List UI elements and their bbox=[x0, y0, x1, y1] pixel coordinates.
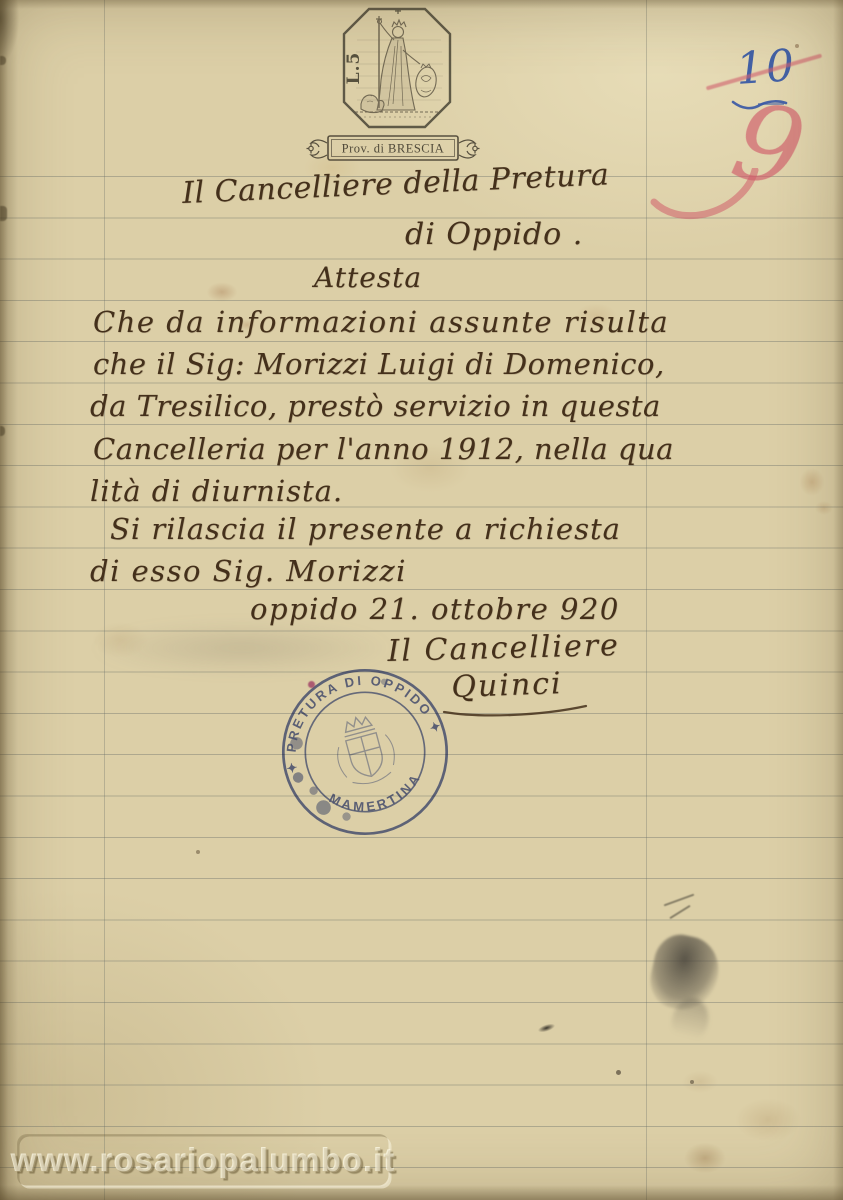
handwritten-line: Cancelleria per l'anno 1912, nella qua bbox=[93, 432, 674, 466]
scroll-ornament-left-icon bbox=[307, 140, 328, 158]
edge-notch bbox=[0, 56, 6, 65]
speck bbox=[196, 850, 200, 854]
province-banner: Prov. di BRESCIA bbox=[306, 131, 480, 167]
handwritten-line: Attesta bbox=[314, 261, 422, 294]
savoy-coat-of-arms-icon bbox=[328, 710, 400, 789]
margin-line-left bbox=[104, 0, 105, 1200]
red-number-tail bbox=[650, 168, 765, 226]
handwritten-line: Si rilascia il presente a richiesta bbox=[110, 512, 621, 546]
handwritten-line: Che da informazioni assunte risulta bbox=[93, 305, 669, 339]
scroll-ornament-right-icon bbox=[459, 140, 480, 158]
handwritten-date-line: oppido 21. ottobre 920 bbox=[250, 592, 620, 626]
revenue-stamp: L.5 bbox=[341, 6, 453, 130]
handwritten-line: che il Sig: Morizzi Luigi di Domenico, bbox=[93, 347, 665, 381]
speck bbox=[795, 44, 799, 48]
handwritten-line: lità di diurnista. bbox=[90, 474, 343, 508]
banner-text: Prov. di BRESCIA bbox=[342, 142, 445, 156]
page-corner-shadow bbox=[0, 0, 30, 80]
signature: Quinci bbox=[451, 666, 563, 705]
signature-underline bbox=[440, 702, 590, 718]
speck bbox=[690, 1080, 694, 1084]
handwritten-line: di Oppido . bbox=[405, 217, 583, 252]
italia-allegory-icon bbox=[355, 16, 443, 117]
watermark-text: www.rosariopalumbo.it bbox=[12, 1142, 397, 1180]
margin-line-right bbox=[646, 0, 647, 1200]
crease-shadow bbox=[92, 622, 392, 674]
handwritten-line: di esso Sig. Morizzi bbox=[90, 554, 407, 588]
speck bbox=[616, 1070, 621, 1075]
edge-notch bbox=[0, 206, 7, 221]
page-edge-bottom bbox=[0, 1185, 843, 1200]
scanned-document-page: L.5 bbox=[0, 0, 843, 1200]
red-ink-dot bbox=[308, 681, 315, 688]
stamp-denomination: L.5 bbox=[344, 52, 364, 85]
handwritten-line: da Tresilico, prestò servizio in questa bbox=[90, 389, 661, 423]
site-watermark: www.rosariopalumbo.it bbox=[18, 1135, 390, 1187]
